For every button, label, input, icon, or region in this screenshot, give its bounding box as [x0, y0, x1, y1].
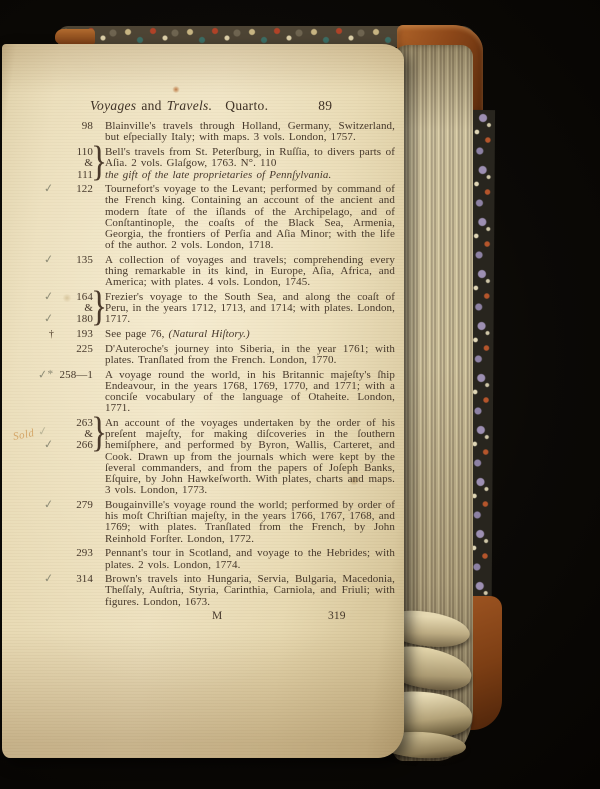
entry-number: 122	[57, 184, 93, 251]
entry-text: Brown's travels into Hungaria, Servia, B…	[105, 574, 395, 608]
margin-marks: ✓*	[32, 370, 57, 415]
catalog-entry: ✓* 258—1 A voyage round the world, in hi…	[2, 370, 404, 415]
header-title-part: Voyages	[90, 100, 136, 111]
catalog-entry: 225 D'Auteroche's journey into Siberia, …	[2, 344, 404, 366]
entry-text: An account of the voyages undertaken by …	[105, 418, 395, 496]
margin-marks	[32, 548, 57, 570]
entry-number: 293	[57, 548, 93, 570]
entry-text: Blainville's travels through Holland, Ge…	[105, 121, 395, 143]
entry-text: Frezier's voyage to the South Sea, and a…	[105, 292, 395, 326]
entry-number: 135	[57, 255, 93, 289]
catalog-entry: † 193 See page 76, (Natural Hiſtory.)	[2, 329, 404, 340]
entry-number: 98	[57, 121, 93, 143]
entry-number: 314	[57, 574, 93, 608]
catalog-entries: 98 Blainville's travels through Holland,…	[2, 121, 404, 608]
catalog-entry: ✓ 135 A collection of voyages and travel…	[2, 255, 404, 289]
footer-number: 319	[328, 611, 346, 622]
margin-marks	[32, 121, 57, 143]
catalog-entry: ✓✓ 164&180 } Frezier's voyage to the Sou…	[2, 292, 404, 326]
entry-text: A voyage round the world, in his Britann…	[105, 370, 395, 415]
catalog-entry: ✓ 279 Bougainville's voyage round the wo…	[2, 500, 404, 545]
catalog-entry: ✓ 122 Tournefort's voyage to the Levant;…	[2, 184, 404, 251]
catalog-entry: ✓ 263&266 } An account of the voyages un…	[2, 418, 404, 496]
book-page: Voyages and Travels. Quarto. 89 98 Blain…	[2, 44, 404, 758]
margin-marks	[32, 147, 57, 181]
entry-number: 225	[57, 344, 93, 366]
entry-text: Pennant's tour in Scotland, and voyage t…	[105, 548, 395, 570]
entry-text: D'Auteroche's journey into Siberia, in t…	[105, 344, 395, 366]
catalog-entry: 98 Blainville's travels through Holland,…	[2, 121, 404, 143]
margin-marks: ✓	[32, 184, 57, 251]
header-title-and: and	[141, 100, 161, 111]
entry-text: Bell's travels from St. Peterſburg, in R…	[105, 147, 395, 181]
entry-text: See page 76, (Natural Hiſtory.)	[105, 329, 395, 340]
entry-text: A collection of voyages and travels; com…	[105, 255, 395, 289]
header-section: Quarto.	[225, 100, 268, 111]
entry-text: Tournefort's voyage to the Levant; perfo…	[105, 184, 395, 251]
margin-marks: ✓	[32, 255, 57, 289]
page-footer: M 319	[2, 611, 404, 625]
running-header: Voyages and Travels. Quarto. 89	[90, 100, 404, 111]
margin-marks: ✓	[32, 574, 57, 608]
signature-mark: M	[212, 611, 222, 622]
brace-glyph: }	[91, 412, 107, 454]
entry-number: 164&180	[57, 292, 93, 326]
header-title-part: Travels.	[167, 100, 213, 111]
margin-marks: †	[32, 329, 57, 340]
entry-number: 279	[57, 500, 93, 545]
margin-marks: ✓	[32, 500, 57, 545]
catalog-entry: 110&111 } Bell's travels from St. Peterſ…	[2, 147, 404, 181]
entry-text: Bougainville's voyage round the world; p…	[105, 500, 395, 545]
leather-cover-top-left	[55, 29, 95, 44]
catalog-entry: 293 Pennant's tour in Scotland, and voya…	[2, 548, 404, 570]
page-number: 89	[318, 100, 332, 111]
margin-marks: ✓✓	[32, 292, 57, 326]
book-photo: Voyages and Travels. Quarto. 89 98 Blain…	[0, 0, 600, 789]
entry-number: 258—1	[57, 370, 93, 415]
entry-number: 193	[57, 329, 93, 340]
brace-glyph: }	[91, 286, 107, 328]
margin-marks	[32, 344, 57, 366]
brace-glyph: }	[91, 141, 107, 183]
page-stain	[172, 86, 180, 93]
entry-number: 110&111	[57, 147, 93, 181]
entry-number: 263&266	[57, 418, 93, 496]
catalog-entry: ✓ 314 Brown's travels into Hungaria, Ser…	[2, 574, 404, 608]
